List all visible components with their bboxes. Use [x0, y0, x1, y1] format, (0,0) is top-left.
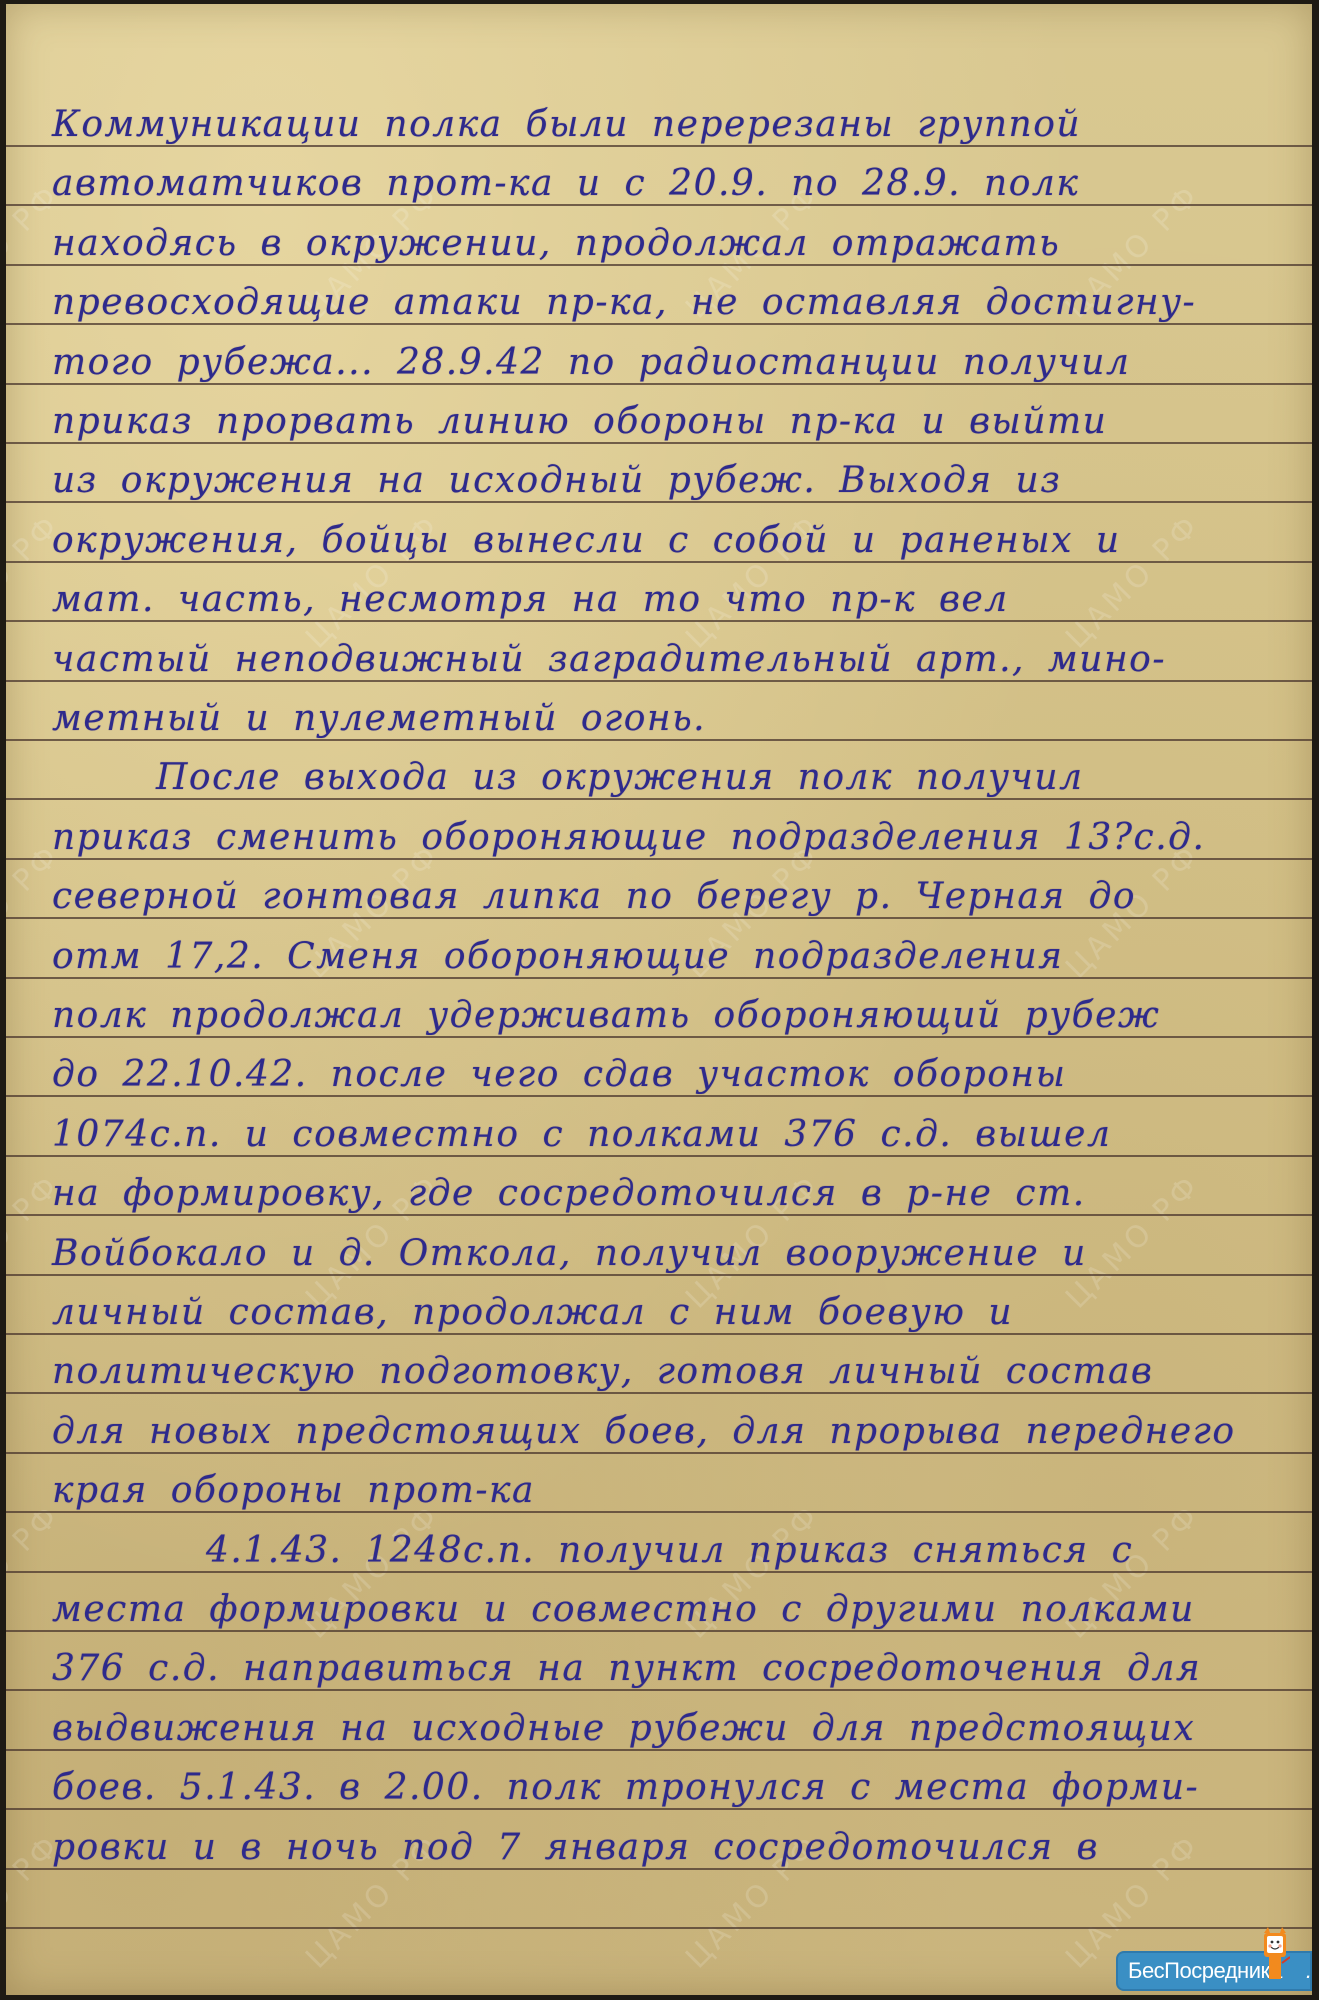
handwritten-line: Коммуникации полка были перерезаны групп… [52, 103, 1292, 147]
handwritten-line: ровки и в ночь под 7 января сосредоточил… [52, 1826, 1292, 1870]
handwritten-line: места формировки и совместно с другими п… [52, 1588, 1292, 1632]
document-sheet: ЦАМО РФЦАМО РФЦАМО РФЦАМО РФЦАМО РФЦАМО … [6, 4, 1312, 1995]
handwritten-line: приказ сменить обороняющие подразделения… [52, 816, 1292, 860]
handwritten-line: частый неподвижный заградительный арт., … [52, 638, 1292, 682]
handwritten-line: находясь в окружении, продолжал отражать [52, 222, 1292, 266]
handwritten-line: личный состав, продолжал с ним боевую и [52, 1291, 1292, 1335]
handwritten-line: окружения, бойцы вынесли с собой и ранен… [52, 519, 1292, 563]
site-logo-text: БесПосредника [1128, 1958, 1282, 1984]
handwritten-text: Коммуникации полка были перерезаны групп… [6, 4, 1312, 1995]
handwritten-line: политическую подготовку, готовя личный с… [52, 1350, 1292, 1394]
handwritten-line: мат. часть, несмотря на то что пр-к вел [52, 578, 1292, 622]
site-logo-tld: .ru [1306, 1958, 1312, 1984]
handwritten-line: полк продолжал удерживать обороняющий ру… [52, 994, 1292, 1038]
handwritten-line: автоматчиков прот-ка и с 20.9. по 28.9. … [52, 162, 1292, 206]
handwritten-line: метный и пулеметный огонь. [52, 697, 1292, 741]
handwritten-line: После выхода из окружения полк получил [156, 756, 1292, 800]
handwritten-line: Войбокало и д. Откола, получил вооружени… [52, 1232, 1292, 1276]
handwritten-line: для новых предстоящих боев, для прорыва … [52, 1410, 1292, 1454]
handwritten-line: 4.1.43. 1248с.п. получил приказ сняться … [206, 1529, 1292, 1573]
handwritten-line: на формировку, где сосредоточился в р-не… [52, 1172, 1292, 1216]
handwritten-line: из окружения на исходный рубеж. Выходя и… [52, 459, 1292, 503]
handwritten-line: превосходящие атаки пр-ка, не оставляя д… [52, 281, 1292, 325]
mascot-icon [1260, 1927, 1290, 1987]
handwritten-line: боев. 5.1.43. в 2.00. полк тронулся с ме… [52, 1766, 1292, 1810]
handwritten-line: 1074с.п. и совместно с полками 376 с.д. … [52, 1113, 1292, 1157]
handwritten-line: того рубежа... 28.9.42 по радиостанции п… [52, 341, 1292, 385]
handwritten-line: 376 с.д. направиться на пункт сосредоточ… [52, 1647, 1292, 1691]
handwritten-line: приказ прорвать линию обороны пр-ка и вы… [52, 400, 1292, 444]
handwritten-line: до 22.10.42. после чего сдав участок обо… [52, 1053, 1292, 1097]
handwritten-line: края обороны прот-ка [52, 1469, 1292, 1513]
handwritten-line: выдвижения на исходные рубежи для предст… [52, 1707, 1292, 1751]
handwritten-line: северной гонтовая липка по берегу р. Чер… [52, 875, 1292, 919]
handwritten-line: отм 17,2. Сменя обороняющие подразделени… [52, 935, 1292, 979]
